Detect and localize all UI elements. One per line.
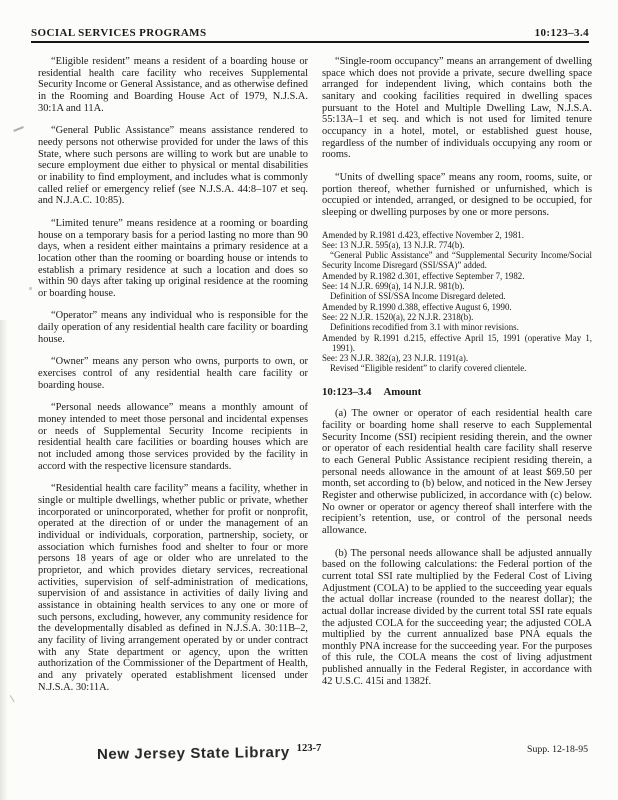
amendment-history: Amended by R.1981 d.423, effective Novem… [322, 230, 592, 374]
supplement-date: Supp. 12-18-95 [527, 744, 588, 755]
section-number: 10:123–3.4 [322, 386, 371, 398]
running-header: SOCIAL SERVICES PROGRAMS 10:123–3.4 [31, 27, 589, 43]
amendment-line: See: 22 N.J.R. 1520(a), 22 N.J.R. 2318(b… [322, 312, 592, 322]
definition-paragraph: “Residential health care facility” means… [38, 483, 308, 693]
amendment-line: See: 13 N.J.R. 595(a), 13 N.J.R. 774(b). [322, 240, 592, 250]
amendment-line: Amended by R.1982 d.301, effective Septe… [322, 271, 592, 281]
rule-paragraph: (b) The personal needs allowance shall b… [322, 548, 592, 688]
amendment-line: See: 14 N.J.R. 699(a), 14 N.J.R. 981(b). [322, 281, 592, 291]
amendment-note: Definitions recodified from 3.1 with min… [322, 322, 592, 332]
page-number: 123-7 [0, 743, 618, 754]
definition-paragraph: “Units of dwelling space” means any room… [322, 172, 592, 219]
scan-margin-mark [9, 695, 14, 703]
definition-paragraph: “Eligible resident” means a resident of … [38, 56, 308, 114]
definition-paragraph: “Owner” means any person who owns, purpo… [38, 356, 308, 391]
amendment-line: Amended by R.1981 d.423, effective Novem… [322, 230, 592, 240]
definition-paragraph: “General Public Assistance” means assist… [38, 125, 308, 207]
scan-margin-mark [13, 126, 24, 132]
definition-paragraph: “Operator” means any individual who is r… [38, 310, 308, 345]
header-title: SOCIAL SERVICES PROGRAMS [31, 27, 206, 39]
amendment-note: “General Public Assistance” and “Supplem… [322, 250, 592, 271]
page-footer: New Jersey State Library 123-7 Supp. 12-… [0, 741, 618, 781]
definition-paragraph: “Single-room occupancy” means an arrange… [322, 56, 592, 161]
definition-paragraph: “Limited tenure” means residence at a ro… [38, 218, 308, 300]
amendment-line: Amended by R.1991 d.215, effective April… [322, 333, 592, 354]
amendment-note: Definition of SSI/SSA Income Disregard d… [322, 291, 592, 301]
document-page: SOCIAL SERVICES PROGRAMS 10:123–3.4 “Eli… [0, 0, 618, 800]
definition-paragraph: “Personal needs allowance” means a month… [38, 402, 308, 472]
scan-margin-mark [29, 287, 32, 290]
amendment-line: Amended by R.1990 d.388, effective Augus… [322, 302, 592, 312]
amendment-note: Revised “Eligible resident” to clarify c… [322, 363, 592, 373]
section-title: Amount [383, 386, 421, 398]
amendment-line: See: 23 N.J.R. 382(a), 23 N.J.R. 1191(a)… [322, 353, 592, 363]
right-column: “Single-room occupancy” means an arrange… [322, 56, 592, 698]
left-column: “Eligible resident” means a resident of … [38, 56, 308, 704]
section-heading: 10:123–3.4Amount [322, 387, 592, 399]
header-citation: 10:123–3.4 [535, 27, 589, 39]
rule-paragraph: (a) The owner or operator of each reside… [322, 408, 592, 536]
